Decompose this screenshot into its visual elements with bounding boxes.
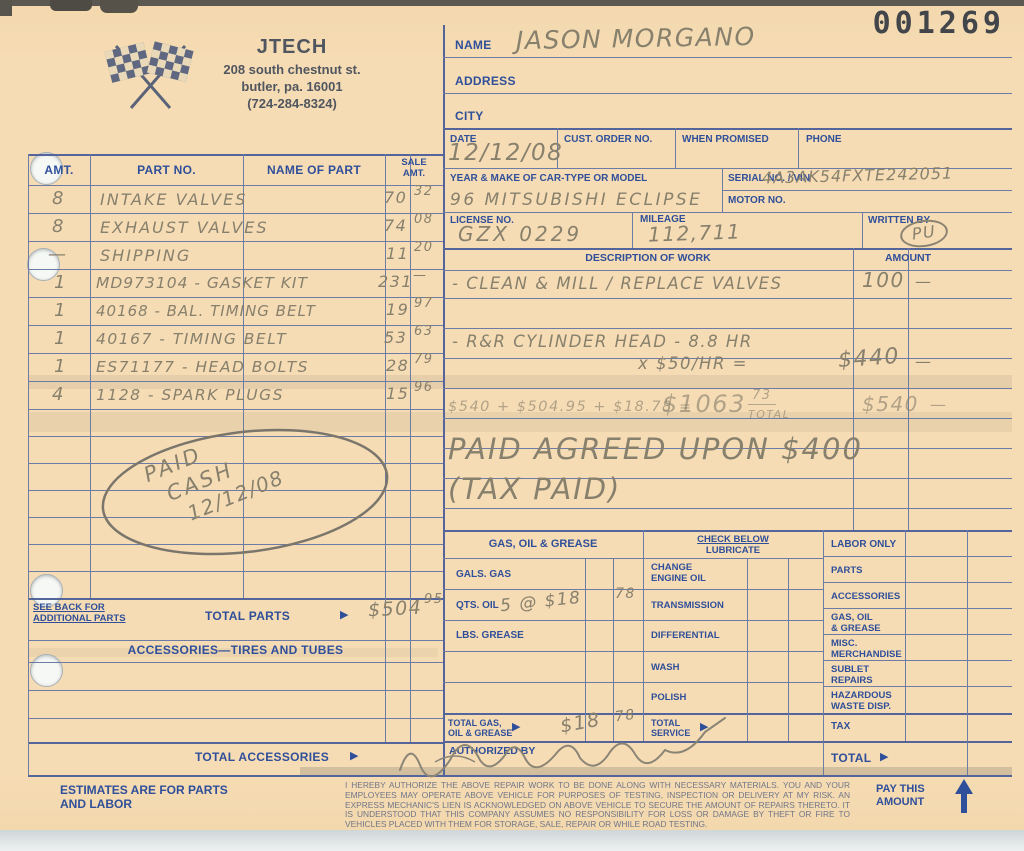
license-value: GZX 0229 (458, 222, 582, 246)
part-row-desc: 40167 - TIMING BELT (96, 330, 287, 348)
divider-line (853, 248, 854, 530)
work-line3-cents: — (915, 352, 933, 371)
up-arrow-icon (955, 779, 973, 794)
part-row-cents: 08 (414, 212, 434, 227)
address-label: ADDRESS (455, 75, 516, 88)
work-sum-cents: 73 (748, 388, 776, 405)
divider-line (905, 530, 906, 741)
vendor-address-line2: butler, pa. 16001 (192, 79, 392, 94)
part-row-cents: 20 (414, 240, 434, 255)
part-row-cents: 97 (414, 296, 434, 311)
parts-header-name: NAME OF PART (243, 164, 385, 177)
part-row-amt: 1 (54, 356, 67, 377)
scan-bottom-strip (0, 830, 1024, 851)
transmission-label: TRANSMISSION (651, 600, 724, 611)
part-row-dollars: 231 (378, 272, 413, 291)
lbs-grease-label: LBS. GREASE (456, 630, 524, 641)
work-sum-left: $540 + $504.95 + $18.78 = (448, 399, 693, 415)
lubricate-label: LUBRICATE (643, 545, 823, 556)
invoice-number: 001269 (810, 6, 1005, 41)
work-line1-cents: — (915, 272, 933, 291)
gas-oil-grease-label: GAS, OIL & GREASE (831, 612, 881, 634)
part-row-dollars: 74 (384, 216, 407, 235)
part-row-desc: 40168 - BAL. TIMING BELT (96, 302, 316, 320)
vendor-phone: (724-284-8324) (192, 96, 392, 111)
divider-line (443, 388, 1012, 389)
parts-header-partno: PART NO. (90, 164, 243, 177)
divider-line (443, 328, 1012, 329)
divider-line (443, 508, 1012, 509)
divider-line (823, 582, 1012, 583)
vin-value: 4A3AK54FXTE242051 (762, 164, 954, 188)
triangle-arrow-icon: ▶ (340, 608, 348, 621)
estimates-note: ESTIMATES ARE FOR PARTS AND LABOR (60, 783, 228, 811)
check-below-label: CHECK BELOW (643, 534, 823, 545)
parts-header-amt: AMT. (28, 164, 90, 177)
divider-line (28, 718, 443, 719)
parts-label: PARTS (831, 565, 863, 576)
pay-this-amount-label: PAY THIS AMOUNT (876, 783, 925, 809)
qts-oil-value: 5 @ $18 (499, 588, 582, 616)
divider-line (443, 530, 1012, 532)
gals-gas-label: GALS. GAS (456, 569, 511, 580)
city-label: CITY (455, 110, 484, 123)
vehicle-value: 96 MITSUBISHI ECLIPSE (450, 190, 702, 210)
divider-line (443, 298, 1012, 299)
wash-label: WASH (651, 662, 680, 673)
part-row-dollars: 28 (386, 356, 409, 375)
part-row-amt: 1 (54, 300, 67, 321)
grand-total-label: TOTAL (831, 752, 871, 765)
divider-line (443, 558, 823, 559)
divider-line (28, 640, 443, 641)
change-engine-oil-label: CHANGE ENGINE OIL (651, 562, 706, 584)
work-line3: x $50/HR = (638, 354, 748, 373)
paid-note-line2: (TAX PAID) (448, 472, 621, 506)
part-row-amt: — (48, 244, 68, 265)
qts-oil-cents: 78 (615, 586, 636, 602)
torn-edge (50, 0, 92, 11)
date-value: 12/12/08 (448, 140, 563, 166)
divider-line (28, 742, 443, 744)
divider-line (908, 248, 909, 530)
part-row-desc: EXHAUST VALVES (100, 218, 269, 237)
total-accessories-label: TOTAL ACCESSORIES (195, 751, 329, 764)
work-sum-amount-cents: — (930, 395, 948, 414)
part-row-cents: 79 (414, 352, 434, 367)
part-row-amt: 8 (52, 188, 65, 209)
divider-line (443, 248, 1012, 250)
divider-line (823, 660, 1012, 661)
repair-order-form: JTECH 208 south chestnut st. butler, pa.… (0, 0, 1024, 851)
work-line3-value: $440 (837, 344, 901, 373)
labor-only-label: LABOR ONLY (831, 539, 896, 550)
work-line1: - CLEAN & MILL / REPLACE VALVES (452, 274, 783, 293)
divider-line (443, 93, 1012, 94)
vehicle-label: YEAR & MAKE OF CAR-TYPE OR MODEL (450, 173, 647, 184)
part-row-amt: 1 (54, 328, 67, 349)
divider-line (632, 212, 633, 248)
part-row-dollars: 19 (386, 300, 409, 319)
part-row-cents: 32 (414, 184, 434, 199)
torn-edge (0, 0, 12, 16)
part-row-amt: 1 (54, 272, 67, 293)
amount-header: AMOUNT (853, 253, 963, 264)
divider-line (823, 530, 824, 775)
part-row-dollars: 53 (384, 328, 407, 347)
work-sum-total: $1063 (662, 390, 746, 418)
part-row-dollars: 11 (386, 244, 409, 263)
vendor-name: JTECH (192, 36, 392, 59)
punch-hole (30, 654, 63, 687)
part-row-cents: 96 (414, 380, 434, 395)
see-back-note: SEE BACK FOR ADDITIONAL PARTS (33, 602, 126, 624)
torn-edge (100, 0, 138, 13)
triangle-arrow-icon: ▶ (880, 750, 888, 763)
divider-line (28, 154, 29, 775)
polish-label: POLISH (651, 692, 686, 703)
when-promised-label: WHEN PROMISED (682, 134, 769, 145)
sublet-repairs-label: SUBLET REPAIRS (831, 664, 873, 686)
work-header: DESCRIPTION OF WORK (443, 253, 853, 264)
total-parts-cents: 95 (424, 592, 444, 607)
part-row-desc: INTAKE VALVES (100, 190, 247, 209)
part-row-dollars: 15 (386, 384, 409, 403)
accessories-header: ACCESSORIES—TIRES AND TUBES (28, 644, 443, 657)
disclaimer-text: I HEREBY AUTHORIZE THE ABOVE REPAIR WORK… (345, 781, 850, 830)
motor-label: MOTOR NO. (728, 195, 786, 206)
divider-line (823, 608, 1012, 609)
divider-line (443, 651, 823, 652)
work-sum-word: TOTAL (748, 408, 790, 421)
gas-oil-grease-header: GAS, OIL & GREASE (443, 539, 643, 550)
part-row-desc: MD973104 - GASKET KIT (96, 274, 308, 292)
divider-line (967, 530, 968, 775)
divider-line (823, 634, 1012, 635)
customer-name-value: JASON MORGANO (516, 22, 756, 55)
part-row-cents: — (413, 268, 428, 283)
triangle-arrow-icon: ▶ (350, 749, 358, 762)
divider-line (28, 662, 443, 663)
divider-line (722, 168, 723, 212)
divider-line (443, 418, 1012, 419)
part-row-cents: 63 (414, 324, 434, 339)
cust-order-label: CUST. ORDER NO. (564, 134, 652, 145)
work-line1-amount: 100 (862, 268, 905, 292)
divider-line (722, 190, 1012, 191)
divider-line (443, 25, 445, 775)
divider-line (862, 212, 863, 248)
part-row-desc: 1128 - SPARK PLUGS (96, 386, 284, 404)
divider-line (443, 57, 1012, 58)
name-label: NAME (455, 39, 492, 52)
work-sum-amount: $540 (862, 392, 919, 416)
divider-line (28, 690, 443, 691)
divider-line (443, 212, 1012, 213)
divider-line (443, 128, 1012, 130)
differential-label: DIFFERENTIAL (651, 630, 720, 641)
signature-scrawl (395, 710, 795, 780)
part-row-desc: SHIPPING (100, 246, 191, 265)
work-line2: - R&R CYLINDER HEAD - 8.8 HR (452, 332, 753, 351)
part-row-desc: ES71177 - HEAD BOLTS (96, 358, 309, 376)
part-row-amt: 8 (52, 216, 65, 237)
total-parts-label: TOTAL PARTS (205, 610, 290, 623)
up-arrow-icon (961, 793, 967, 813)
divider-line (675, 128, 676, 168)
divider-line (443, 270, 1012, 271)
phone-label: PHONE (806, 134, 842, 145)
part-row-amt: 4 (52, 384, 65, 405)
checkered-flags-icon (98, 32, 203, 117)
hazardous-waste-label: HAZARDOUS WASTE DISP. (831, 690, 892, 712)
divider-line (798, 128, 799, 168)
vendor-address-line1: 208 south chestnut st. (192, 62, 392, 77)
paid-note-line1: PAID AGREED UPON $400 (448, 432, 863, 466)
total-parts-value: $504 (367, 597, 422, 622)
parts-header-sale: SALE AMT. (385, 158, 443, 179)
divider-line (443, 682, 823, 683)
accessories-label: ACCESSORIES (831, 591, 900, 602)
qts-oil-label: QTS. OIL (456, 600, 499, 611)
mileage-value: 112,711 (648, 219, 742, 246)
misc-merchandise-label: MISC. MERCHANDISE (831, 638, 902, 660)
divider-line (443, 620, 823, 621)
divider-line (90, 154, 91, 598)
divider-line (823, 556, 1012, 557)
part-row-dollars: 70 (384, 188, 407, 207)
tax-label: TAX (831, 721, 850, 732)
divider-line (823, 686, 1012, 687)
